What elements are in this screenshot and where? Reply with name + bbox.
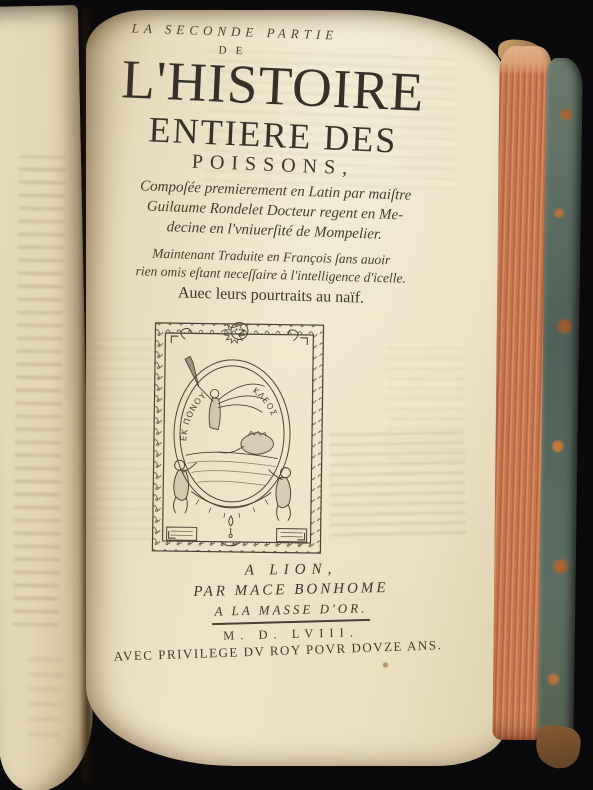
- base-plinths: [167, 527, 307, 542]
- ink-showthrough: [386, 340, 466, 460]
- device-motto-left: ΕΚ ΠΟΝΟΥ: [178, 390, 208, 442]
- pendant-drop: [229, 534, 232, 537]
- imprint-rule: [212, 619, 370, 625]
- dragon-figure: [218, 431, 274, 455]
- svg-text:ΕΚ ΠΟΝΟΥ: ΕΚ ΠΟΝΟΥ: [178, 390, 208, 442]
- facing-page-showthrough-text: [13, 156, 66, 627]
- facing-page-showthrough-text-2: [27, 646, 62, 736]
- printer-device-woodcut: ΕΚ ΠΟΝΟΥ ΚΛΕΟΣ: [150, 315, 325, 557]
- device-motto-right: ΚΛΕΟΣ: [251, 385, 280, 418]
- imprint-place: A LION,: [146, 559, 436, 581]
- author-paragraph: Compoſée premierement en Latin par maiſt…: [109, 176, 441, 247]
- title-page: LA SECONDE PARTIE DE L'HISTOIRE ENTIERE …: [86, 10, 506, 766]
- foxing-spot: [382, 662, 389, 668]
- pendant: [229, 516, 233, 534]
- svg-text:ΚΛΕΟΣ: ΚΛΕΟΣ: [251, 385, 280, 418]
- photo-of-open-book: LA SECONDE PARTIE DE L'HISTOIRE ENTIERE …: [0, 0, 593, 790]
- ink-showthrough: [92, 330, 152, 540]
- translation-paragraph: Maintenant Traduite en François ſans auo…: [126, 244, 417, 287]
- portraits-note: Auec leurs pourtraits au naïf.: [126, 283, 416, 309]
- cover-bottom-corner: [533, 723, 582, 771]
- imprint-address: A LA MASSE D'OR.: [146, 599, 436, 621]
- putto-left: [173, 460, 196, 513]
- device-scene: [183, 356, 279, 485]
- festoon: [191, 491, 271, 507]
- oval-cartouche-outer: [173, 359, 291, 509]
- ornate-border: [152, 323, 323, 553]
